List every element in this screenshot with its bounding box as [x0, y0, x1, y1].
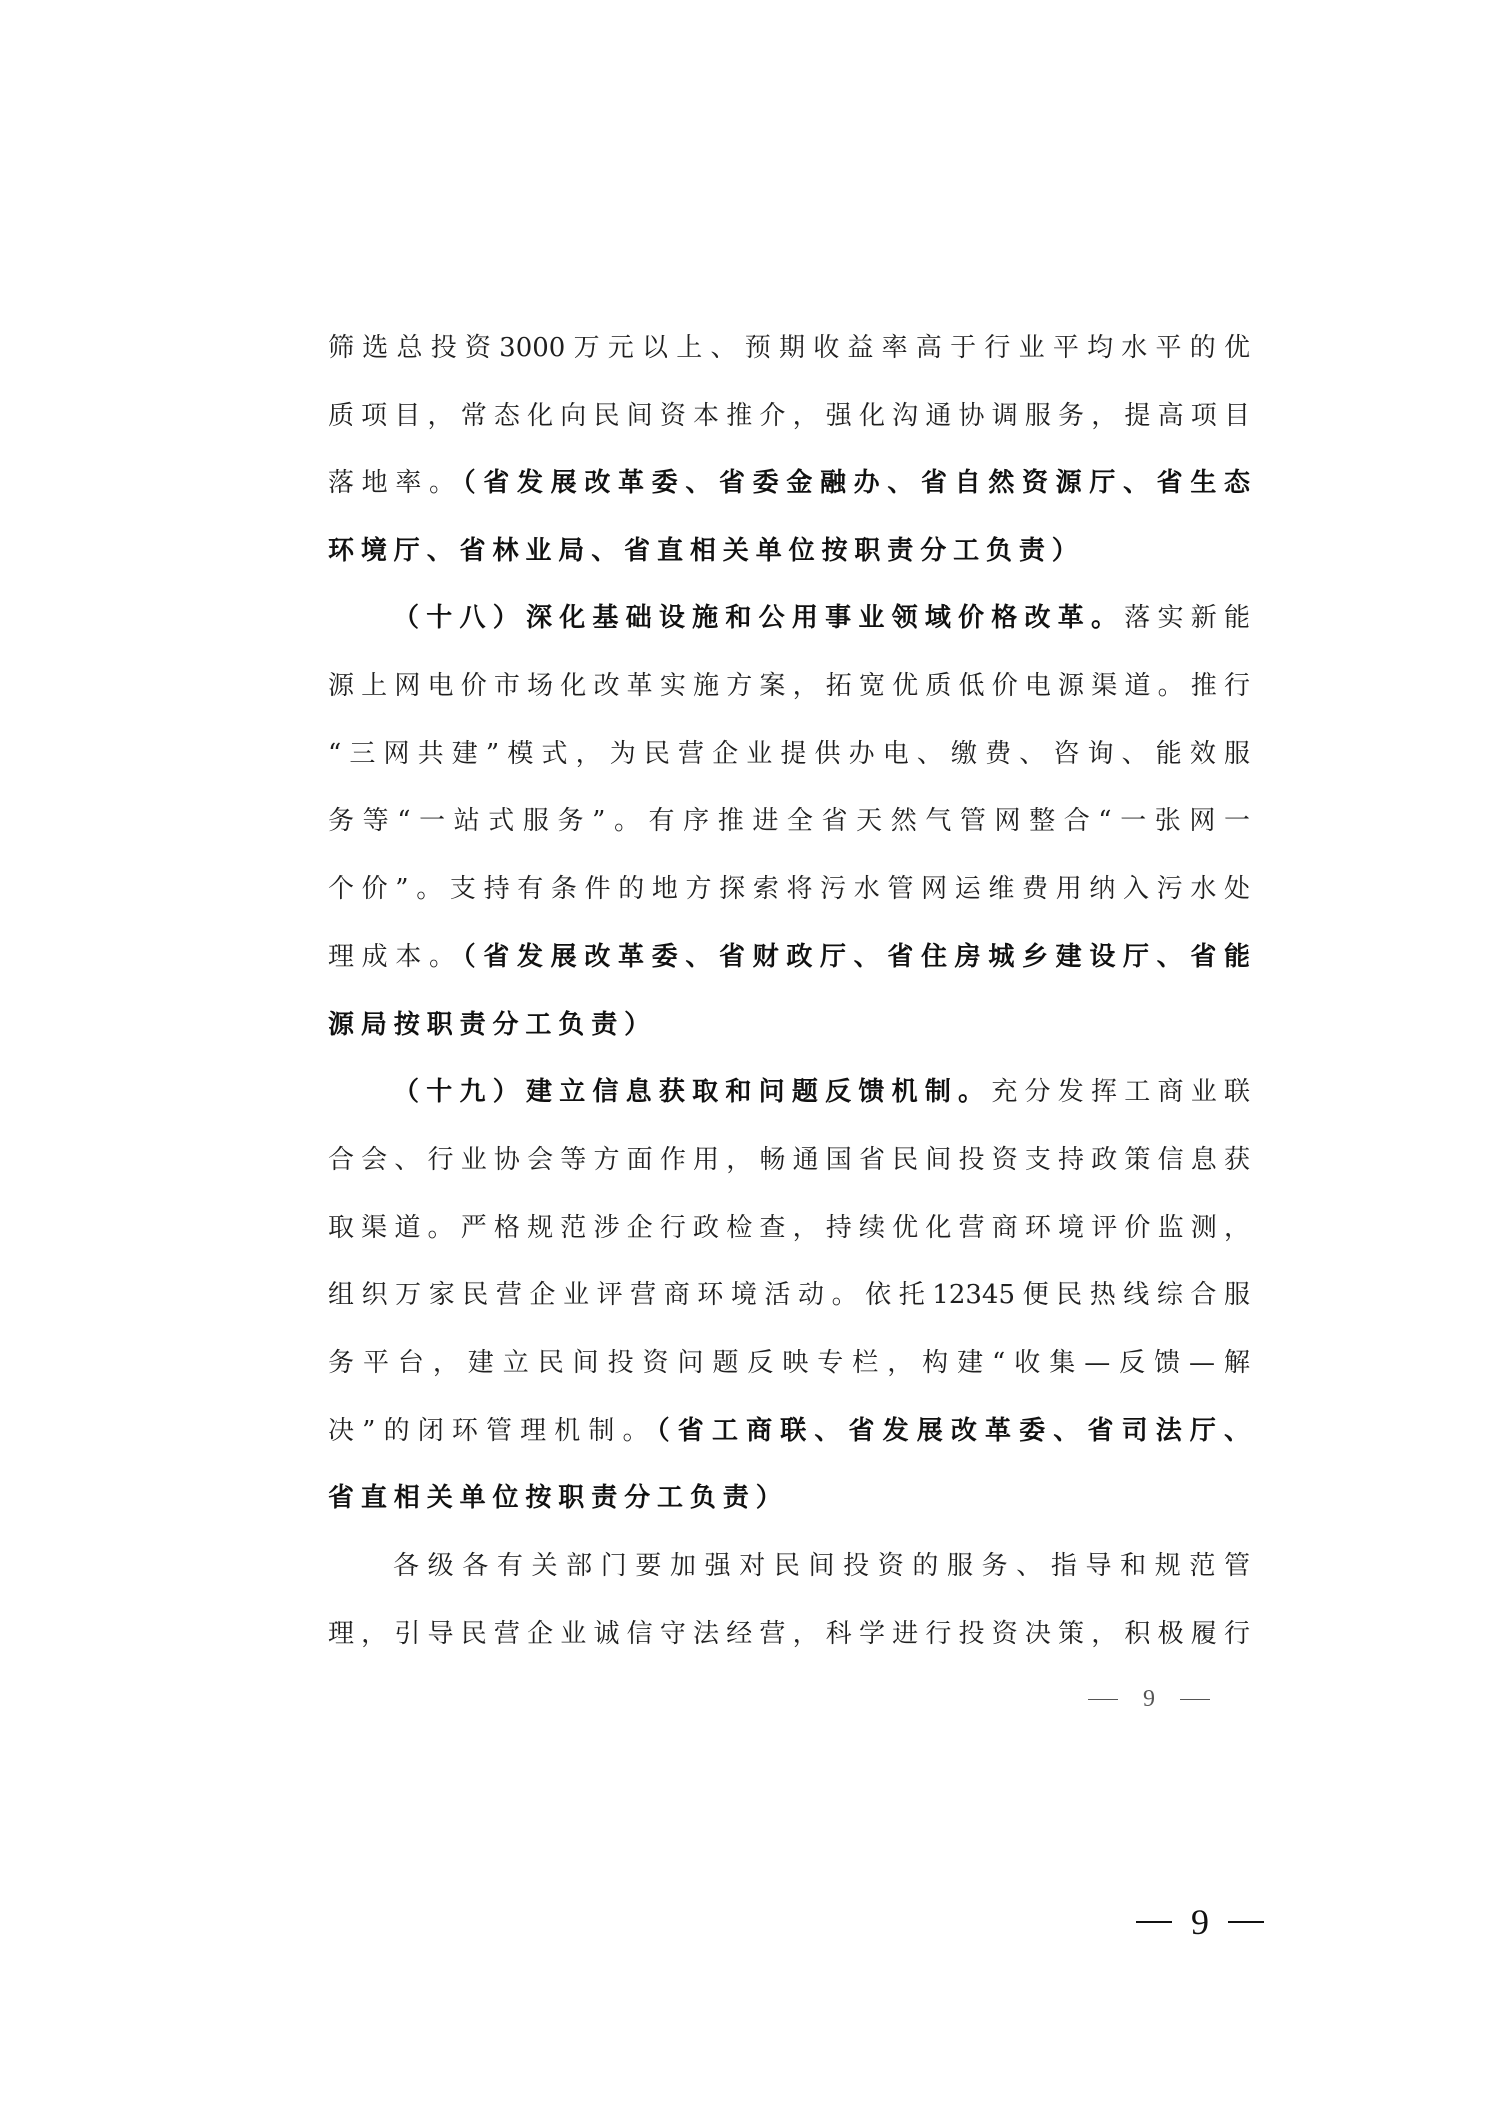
body-text: 源上网电价市场化改革实施方案，拓宽优质低价电源渠道。推行	[328, 671, 1250, 701]
text-line: 理，引导民营企业诚信守法经营，科学进行投资决策，积极履行	[328, 1614, 1250, 1654]
body-text: 落实新能	[1124, 603, 1250, 633]
text-line: “三网共建”模式，为民营企业提供办电、缴费、咨询、能效服	[328, 734, 1250, 774]
text-line: 取渠道。严格规范涉企行政检查，持续优化营商环境评价监测，	[328, 1208, 1250, 1248]
inner-page-number-value: 9	[1143, 1686, 1155, 1713]
dash-decoration	[1228, 1921, 1264, 1923]
body-text: 各级各有关部门要加强对民间投资的服务、指导和规范管	[393, 1551, 1250, 1581]
text-line: 源局按职责分工负责）	[328, 1005, 1250, 1045]
dash-decoration	[1136, 1921, 1172, 1923]
document-page: 筛选总投资3000万元以上、预期收益率高于行业平均水平的优 质项目，常态化向民间…	[0, 0, 1487, 2102]
text-line: 务平台，建立民间投资问题反映专栏，构建“收集—反馈—解	[328, 1343, 1250, 1383]
body-text: 落地率。	[328, 468, 463, 498]
text-line: 环境厅、省林业局、省直相关单位按职责分工负责）	[328, 531, 1250, 571]
section-heading: （十九）建立信息获取和问题反馈机制。	[393, 1077, 991, 1107]
inner-page-number: 9	[1088, 1684, 1210, 1714]
text-line: 个价”。支持有条件的地方探索将污水管网运维费用纳入污水处	[328, 869, 1250, 909]
body-text: 合会、行业协会等方面作用，畅通国省民间投资支持政策信息获	[328, 1145, 1250, 1175]
body-text: 取渠道。严格规范涉企行政检查，持续优化营商环境评价监测，	[328, 1213, 1250, 1243]
responsibility-note: 环境厅、省林业局、省直相关单位按职责分工负责）	[328, 536, 1085, 566]
body-text: 务平台，建立民间投资问题反映专栏，构建“收集—反馈—解	[328, 1348, 1250, 1378]
dash-decoration	[1088, 1699, 1118, 1700]
body-text: 组织万家民营企业评营商环境活动。依托12345便民热线综合服	[328, 1280, 1250, 1310]
text-line: 务等“一站式服务”。有序推进全省天然气管网整合“一张网一	[328, 801, 1250, 841]
text-line: 合会、行业协会等方面作用，畅通国省民间投资支持政策信息获	[328, 1140, 1250, 1180]
responsibility-note: 源局按职责分工负责）	[328, 1010, 657, 1040]
text-line: 理成本。（省发展改革委、省财政厅、省住房城乡建设厅、省能	[328, 937, 1250, 977]
body-text: 务等“一站式服务”。有序推进全省天然气管网整合“一张网一	[328, 806, 1250, 836]
body-text: 理，引导民营企业诚信守法经营，科学进行投资决策，积极履行	[328, 1619, 1250, 1649]
text-line: 筛选总投资3000万元以上、预期收益率高于行业平均水平的优	[328, 328, 1250, 368]
responsibility-note: 省直相关单位按职责分工负责）	[328, 1483, 789, 1513]
body-text: 理成本。	[328, 942, 463, 972]
body-text: 筛选总投资3000万元以上、预期收益率高于行业平均水平的优	[328, 333, 1250, 363]
text-line: 组织万家民营企业评营商环境活动。依托12345便民热线综合服	[328, 1275, 1250, 1315]
text-line: 决”的闭环管理机制。（省工商联、省发展改革委、省司法厅、	[328, 1411, 1250, 1451]
dash-decoration	[1180, 1699, 1210, 1700]
text-line: 省直相关单位按职责分工负责）	[328, 1478, 1250, 1518]
body-text: 质项目，常态化向民间资本推介，强化沟通协调服务，提高项目	[328, 401, 1250, 431]
responsibility-note: （省发展改革委、省财政厅、省住房城乡建设厅、省能	[463, 942, 1250, 972]
text-line: 落地率。（省发展改革委、省委金融办、省自然资源厅、省生态	[328, 463, 1250, 503]
responsibility-note: （省发展改革委、省委金融办、省自然资源厅、省生态	[463, 468, 1250, 498]
text-line: 质项目，常态化向民间资本推介，强化沟通协调服务，提高项目	[328, 396, 1250, 436]
text-line: 各级各有关部门要加强对民间投资的服务、指导和规范管	[393, 1546, 1250, 1586]
page-number-value: 9	[1191, 1901, 1209, 1943]
responsibility-note: （省工商联、省发展改革委、省司法厅、	[657, 1416, 1250, 1446]
body-text: 个价”。支持有条件的地方探索将污水管网运维费用纳入污水处	[328, 874, 1250, 904]
text-line: 源上网电价市场化改革实施方案，拓宽优质低价电源渠道。推行	[328, 666, 1250, 706]
section-heading-line: （十八）深化基础设施和公用事业领域价格改革。落实新能	[393, 598, 1250, 638]
body-text: 决”的闭环管理机制。	[328, 1416, 657, 1446]
page-number: 9	[1136, 1900, 1264, 1944]
body-text: “三网共建”模式，为民营企业提供办电、缴费、咨询、能效服	[328, 739, 1250, 769]
body-text: 充分发挥工商业联	[991, 1077, 1250, 1107]
section-heading-line: （十九）建立信息获取和问题反馈机制。充分发挥工商业联	[393, 1072, 1250, 1112]
section-heading: （十八）深化基础设施和公用事业领域价格改革。	[393, 603, 1124, 633]
